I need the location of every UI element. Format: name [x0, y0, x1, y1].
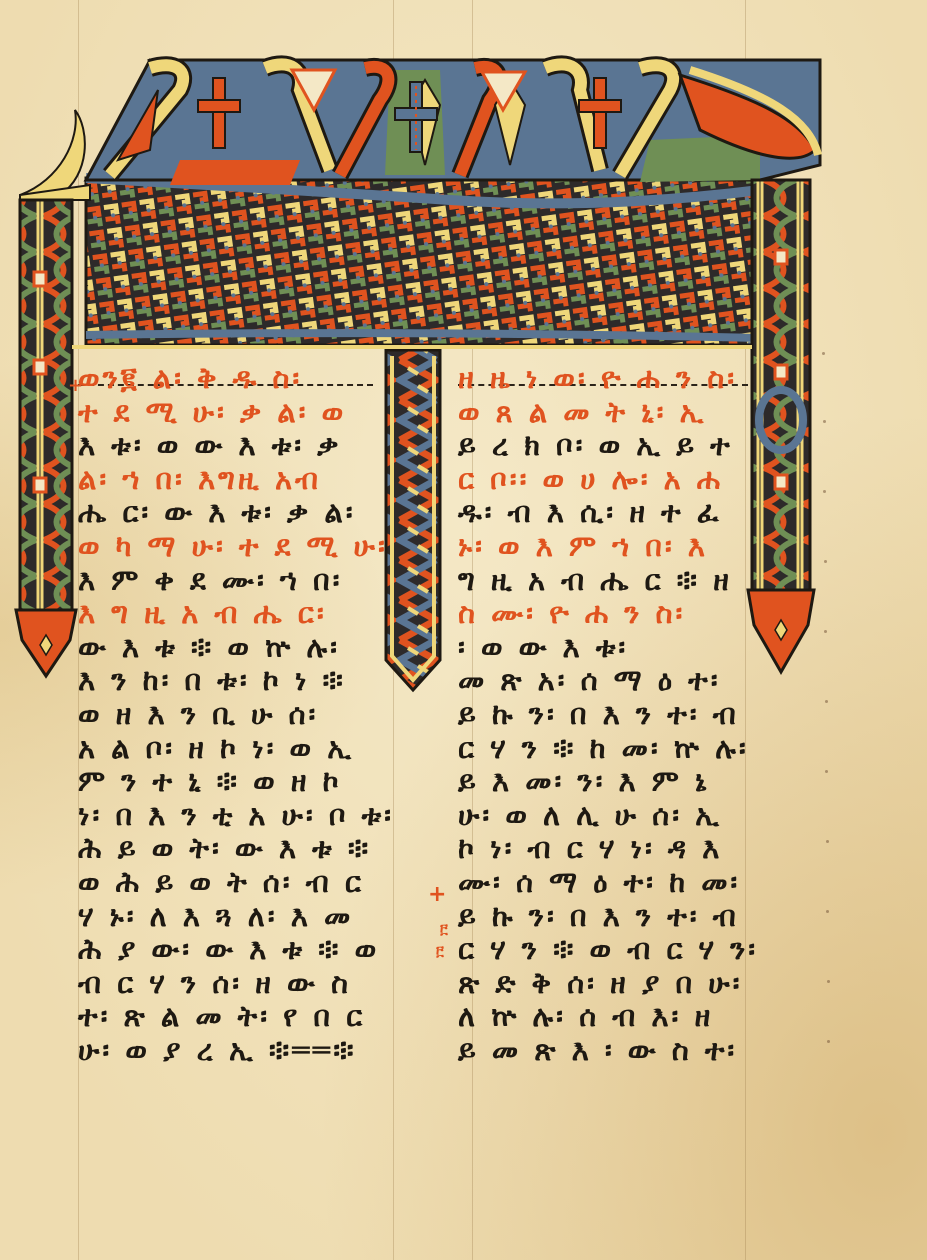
text-line: ዱ፡ ብ እ ሲ፡ ዘ ተ ፈ [458, 496, 758, 530]
text-line: ፡ ወ ው እ ቱ፡ [458, 631, 758, 665]
pricking [827, 980, 830, 983]
text-line: ሙ፡ ሰ ማ ዕ ተ፡ ከ መ፡ [458, 866, 758, 900]
headpiece-top [86, 60, 820, 185]
text-line: ር ቦ፡፡ ወ ሀ ሎ፡ አ ሐ [458, 463, 758, 497]
margin-mark: ፫ [440, 922, 448, 938]
margin-mark: ፫ [436, 944, 444, 960]
text-line: ሁ፡ ወ ያ ረ ኢ ፨══፨ [78, 1034, 378, 1068]
text-line: ይ ኩ ን፡ በ እ ን ተ፡ ብ [458, 698, 758, 732]
text-line: መ ጽ አ፡ ሰ ማ ዕ ተ፡ [458, 664, 758, 698]
text-line: ወ ጸ ል መ ት ኒ፡ ኢ [458, 396, 758, 430]
text-line: ኮ ነ፡ ብ ር ሃ ነ፡ ዳ እ [458, 832, 758, 866]
text-line: ሁ፡ ወ ለ ሊ ሁ ሰ፡ ኢ [458, 799, 758, 833]
text-line: ይ እ መ፡ ን፡ እ ም ኔ [458, 765, 758, 799]
text-line: እ ቱ፡ ወ ው እ ቱ፡ ቃ [78, 429, 378, 463]
left-border [16, 200, 76, 676]
text-line: ወን፪ ል፡ ቅ ዱ ስ፡ [78, 362, 378, 396]
text-line: ግ ዚ አ ብ ሔ ር ፨ ዘ [458, 564, 758, 598]
text-line: ተ፡ ጽ ል መ ት፡ የ በ ር [78, 1000, 378, 1034]
text-line: ጽ ድ ቅ ሰ፡ ዘ ያ በ ሁ፡ [458, 967, 758, 1001]
text-line: ዘ ዜ ነ ወ፡ ዮ ሐ ን ስ፡ [458, 362, 758, 396]
text-line: ወ ካ ማ ሁ፡ ተ ደ ሚ ሁ፡ [78, 530, 378, 564]
central-pendant [386, 350, 440, 690]
text-line: ይ ረ ክ ቦ፡ ወ ኢ ይ ተ [458, 429, 758, 463]
text-line: ኑ፡ ወ እ ም ኀ በ፡ እ [458, 530, 758, 564]
text-line: ው እ ቱ ፨ ወ ኵ ሉ፡ [78, 631, 378, 665]
text-line: ነ፡ በ እ ን ቲ አ ሁ፡ ቦ ቱ፡ [78, 799, 378, 833]
pricking [826, 840, 829, 843]
text-line: ሃ ኑ፡ ለ እ ጓ ለ፡ እ መ [78, 900, 378, 934]
pricking [825, 770, 828, 773]
text-line: ይ ኩ ን፡ በ እ ን ተ፡ ብ [458, 900, 758, 934]
text-column-left: ወን፪ ል፡ ቅ ዱ ስ፡ ተ ደ ሚ ሁ፡ ቃ ል፡ ወ እ ቱ፡ ወ ው እ… [78, 362, 378, 1067]
text-line: እ ም ቀ ደ ሙ፡ ኀ በ፡ [78, 564, 378, 598]
text-column-right: ዘ ዜ ነ ወ፡ ዮ ሐ ን ስ፡ ወ ጸ ል መ ት ኒ፡ ኢ ይ ረ ክ ቦ… [458, 362, 758, 1067]
text-line: ብ ር ሃ ን ሰ፡ ዘ ው ስ [78, 967, 378, 1001]
horn-ornament [20, 110, 85, 195]
margin-cross-right: + [428, 882, 446, 907]
text-line: ሕ ይ ወ ት፡ ው እ ቱ ፨ [78, 832, 378, 866]
text-line: ስ ሙ፡ ዮ ሐ ን ስ፡ [458, 597, 758, 631]
text-line: ም ን ተ ኒ ፨ ወ ዘ ኮ [78, 765, 378, 799]
text-line: እ ን ከ፡ በ ቱ፡ ኮ ነ ፨ [78, 664, 378, 698]
text-line: ር ሃ ን ፨ ከ መ፡ ኵ ሉ፡ [458, 732, 758, 766]
text-line: ሔ ር፡ ው እ ቱ፡ ቃ ል፡ [78, 496, 378, 530]
pricking [826, 910, 829, 913]
text-line: ወ ዘ እ ን ቢ ሁ ሰ፡ [78, 698, 378, 732]
text-line: ይ መ ጽ እ ፡ ው ስ ተ፡ [458, 1034, 758, 1068]
interlace-band [86, 178, 760, 345]
text-line: ሕ ያ ው፡ ው እ ቱ ፨ ወ [78, 933, 378, 967]
pricking [827, 1040, 830, 1043]
text-line: ለ ኵ ሉ፡ ሰ ብ እ፡ ዘ [458, 1000, 758, 1034]
text-line: እ ግ ዚ አ ብ ሔ ር፡ [78, 597, 378, 631]
text-line: ወ ሕ ይ ወ ት ሰ፡ ብ ር [78, 866, 378, 900]
text-line: ተ ደ ሚ ሁ፡ ቃ ል፡ ወ [78, 396, 378, 430]
manuscript-page: + + ፫ ፫ ወን፪ ል፡ ቅ ዱ ስ፡ ተ ደ ሚ ሁ፡ ቃ ል፡ ወ እ … [0, 0, 927, 1260]
text-line: ል፡ ኀ በ፡ እግዚ አብ [78, 463, 378, 497]
text-line: ር ሃ ን ፨ ወ ብ ር ሃ ን፡ [458, 933, 758, 967]
text-line: አ ል ቦ፡ ዘ ኮ ነ፡ ወ ኢ [78, 732, 378, 766]
